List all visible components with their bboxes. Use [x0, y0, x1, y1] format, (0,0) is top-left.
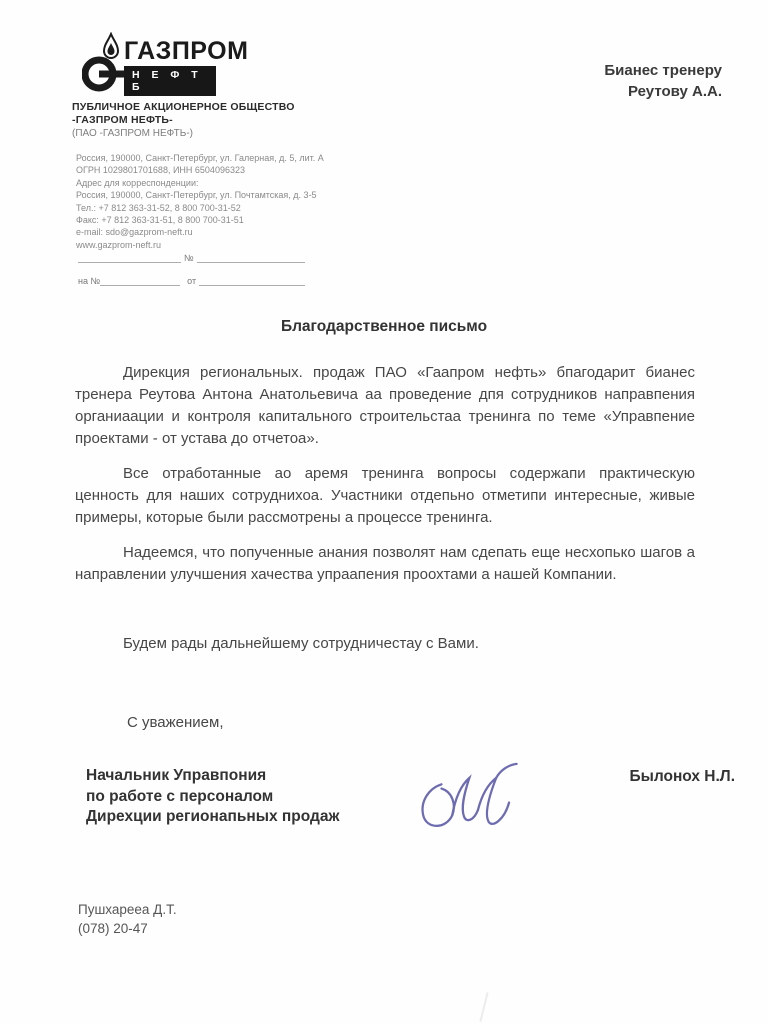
- body-paragraph: Дирекция региональных. продаж ПАО «Гаапр…: [75, 362, 695, 450]
- company-line: ПУБЛИЧНОЕ АКЦИОНЕРНОЕ ОБЩЕСТВО: [72, 101, 295, 114]
- address-line: Россия, 190000, Санкт-Петербург, ул. Гал…: [76, 152, 324, 164]
- blank-line: [197, 252, 305, 263]
- address-block: Россия, 190000, Санкт-Петербург, ул. Гал…: [76, 152, 324, 251]
- executor-phone: (078) 20-47: [78, 920, 177, 939]
- gazprom-emblem-icon: [82, 32, 126, 94]
- farewell-line: Будем рады дальнейшему сотрудничестау с …: [75, 633, 695, 655]
- gazprom-neft-logo: ГАЗПРОМ Н Е Ф Т Б: [82, 30, 252, 96]
- reference-number-row: №: [78, 252, 305, 263]
- signer-name: Былонох Н.Л.: [629, 768, 735, 786]
- reference-reply-row: на № от: [78, 275, 305, 286]
- number-label: №: [184, 253, 194, 263]
- body-paragraph: Все отработанные ао аремя тренинга вопро…: [75, 463, 695, 529]
- address-line: Факс: +7 812 363-31-51, 8 800 700-31-51: [76, 214, 324, 226]
- signer-position-block: Начальник Управпония по работе с персона…: [86, 766, 339, 828]
- signer-position-line: Начальник Управпония: [86, 766, 339, 787]
- letter-title: Благодарственное письмо: [0, 318, 768, 336]
- blank-line: [78, 252, 181, 263]
- logo-brand-text: ГАЗПРОМ: [124, 38, 248, 64]
- letter-body: Дирекция региональных. продаж ПАО «Гаапр…: [75, 362, 695, 655]
- handwritten-signature: [405, 756, 523, 848]
- flame-inner-icon: [108, 43, 115, 55]
- recipient-name: Реутову А.А.: [604, 81, 722, 102]
- address-line: Адрес для корреспонденции:: [76, 177, 324, 189]
- from-label: от: [187, 276, 196, 286]
- on-number-label: на №: [78, 276, 100, 286]
- address-line: www.gazprom-neft.ru: [76, 239, 324, 251]
- signer-position-line: по работе с персоналом: [86, 787, 339, 808]
- address-line: Тел.: +7 812 363-31-52, 8 800 700-31-52: [76, 202, 324, 214]
- address-line: Россия, 190000, Санкт-Петербург, ул. Поч…: [76, 189, 324, 201]
- scan-artifact-mark: [479, 992, 488, 1022]
- regards-line: С уважением,: [127, 714, 224, 731]
- company-line: -ГАЗПРОМ НЕФТЬ-: [72, 114, 295, 127]
- body-paragraph: Надеемся, что попученные анания позволят…: [75, 542, 695, 586]
- blank-line: [199, 275, 305, 286]
- address-line: ОГРН 1029801701688, ИНН 6504096323: [76, 164, 324, 176]
- address-line: e-mail: sdo@gazprom-neft.ru: [76, 226, 324, 238]
- executor-name: Пушхарееа Д.Т.: [78, 901, 177, 920]
- blank-line: [100, 275, 180, 286]
- executor-block: Пушхарееа Д.Т. (078) 20-47: [78, 901, 177, 938]
- logo-neft-box: Н Е Ф Т Б: [124, 66, 216, 96]
- company-line: (ПАО -ГАЗПРОМ НЕФТЬ-): [72, 127, 295, 140]
- company-name-block: ПУБЛИЧНОЕ АКЦИОНЕРНОЕ ОБЩЕСТВО -ГАЗПРОМ …: [72, 101, 295, 140]
- signer-position-line: Дирехции регионапьных продаж: [86, 807, 339, 828]
- recipient-block: Бианес тренеру Реутову А.А.: [604, 60, 722, 102]
- recipient-role: Бианес тренеру: [604, 60, 722, 81]
- letter-page: ГАЗПРОМ Н Е Ф Т Б ПУБЛИЧНОЕ АКЦИОНЕРНОЕ …: [0, 0, 768, 1024]
